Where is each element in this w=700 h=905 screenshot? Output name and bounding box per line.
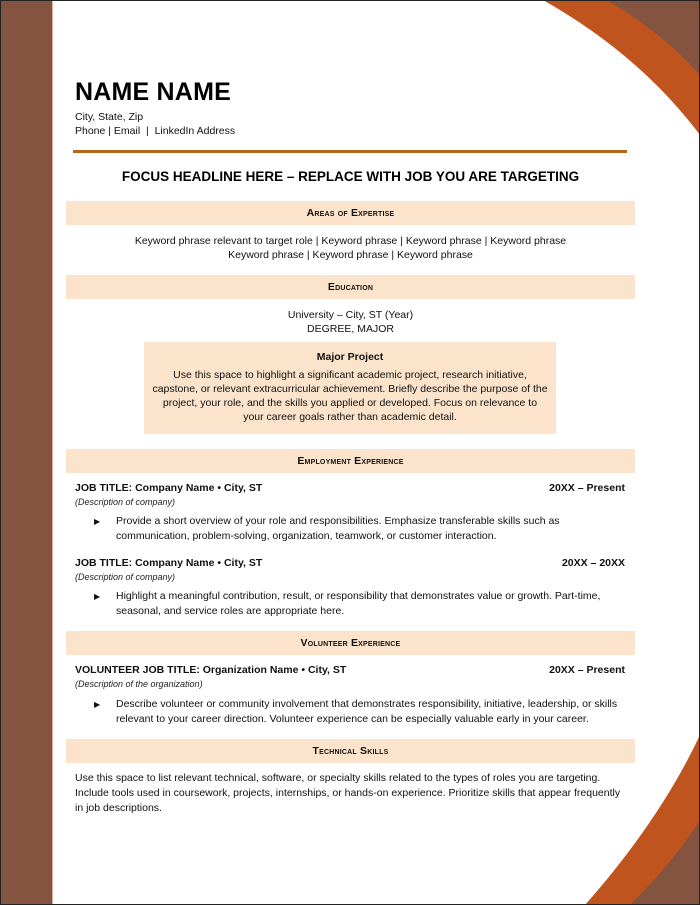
bullet-text: Describe volunteer or community involvem… [116,697,624,727]
volunteer-title: VOLUNTEER JOB TITLE: Organization Name •… [75,664,346,676]
project-body: Use this space to highlight a significan… [144,368,556,424]
job-bullet: ▶ Highlight a meaningful contribution, r… [94,589,624,619]
section-title: Volunteer Experience [301,637,401,649]
degree-line: DEGREE, MAJOR [66,322,635,336]
section-header-employment: Employment Experience [66,449,635,473]
top-orange-arc [543,0,700,135]
volunteer-heading: VOLUNTEER JOB TITLE: Organization Name •… [75,664,625,676]
bottom-brown-arc [630,820,700,905]
job-title: JOB TITLE: Company Name • City, ST [75,557,262,569]
location-line: City, State, Zip [75,110,235,124]
keyword-line-1: Keyword phrase relevant to target role |… [66,234,635,248]
section-header-expertise: Areas of Expertise [66,201,635,225]
bullet-text: Provide a short overview of your role an… [116,514,624,544]
section-title: Employment Experience [297,455,403,467]
bullet-arrow-icon: ▶ [94,514,100,529]
section-title: Technical Skills [313,745,389,757]
volunteer-bullet: ▶ Describe volunteer or community involv… [94,697,624,727]
left-sidebar-band [1,1,53,904]
education-details: University – City, ST (Year) DEGREE, MAJ… [66,308,635,336]
job-dates: 20XX – Present [549,482,625,494]
job-bullet: ▶ Provide a short overview of your role … [94,514,624,544]
section-header-volunteer: Volunteer Experience [66,631,635,655]
section-title: Education [328,281,373,293]
bullet-text: Highlight a meaningful contribution, res… [116,589,624,619]
focus-headline: FOCUS HEADLINE HERE – REPLACE WITH JOB Y… [66,169,635,184]
contact-block: City, State, Zip Phone | Email | LinkedI… [75,110,235,138]
organization-description: (Description of the organization) [75,679,203,689]
job-heading: JOB TITLE: Company Name • City, ST 20XX … [75,557,625,569]
keyword-line-2: Keyword phrase | Keyword phrase | Keywor… [66,248,635,262]
section-header-skills: Technical Skills [66,739,635,763]
contact-line: Phone | Email | LinkedIn Address [75,124,235,138]
school-line: University – City, ST (Year) [66,308,635,322]
company-description: (Description of company) [75,497,175,507]
project-title: Major Project [144,351,556,363]
candidate-name: NAME NAME [75,78,231,107]
job-dates: 20XX – 20XX [562,557,625,569]
section-header-education: Education [66,275,635,299]
skills-body: Use this space to list relevant technica… [75,771,630,816]
header-divider [73,150,627,153]
job-title: JOB TITLE: Company Name • City, ST [75,482,262,494]
company-description: (Description of company) [75,572,175,582]
bullet-arrow-icon: ▶ [94,589,100,604]
top-brown-arc [607,0,700,75]
major-project-box: Major Project Use this space to highligh… [144,342,556,434]
bullet-arrow-icon: ▶ [94,697,100,712]
section-title: Areas of Expertise [307,207,395,219]
job-heading: JOB TITLE: Company Name • City, ST 20XX … [75,482,625,494]
volunteer-dates: 20XX – Present [549,664,625,676]
expertise-keywords: Keyword phrase relevant to target role |… [66,234,635,262]
